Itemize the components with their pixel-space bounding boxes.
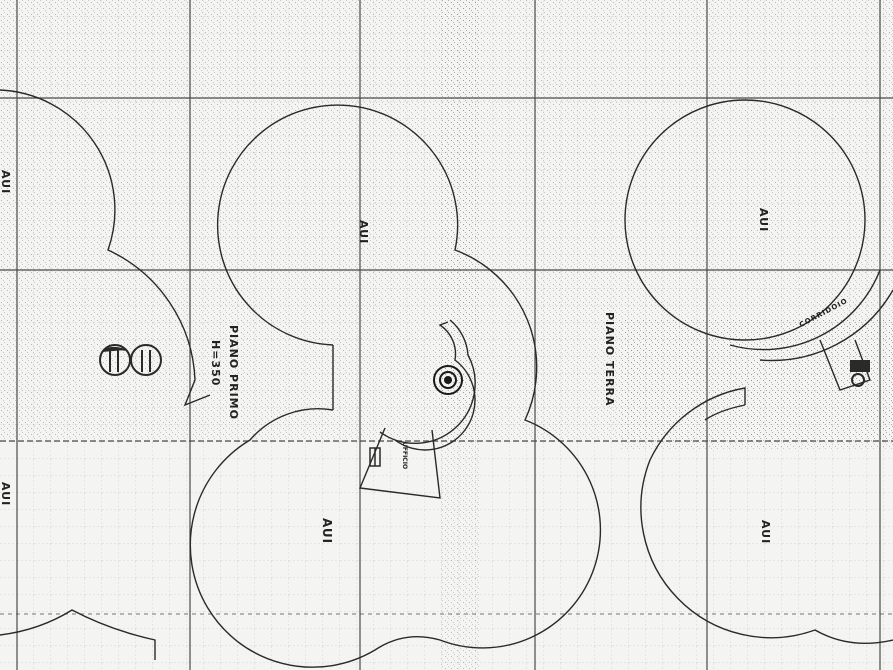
room-label-aula: AUI (0, 482, 12, 506)
floor-label-piano-primo: PIANO PRIMO (227, 325, 240, 420)
room-label-ufficio: UFFICIO (401, 442, 408, 469)
floor-plan-drawing (0, 0, 893, 670)
room-label-aula: AUI (759, 520, 772, 544)
room-label-aula: AUI (0, 170, 12, 194)
room-label-aula: AUI (320, 518, 334, 544)
height-note: H=350 (209, 340, 222, 386)
floor-label-piano-terra: PIANO TERRA (603, 312, 616, 407)
room-label-aula: AUI (757, 208, 770, 232)
room-label-aula: AUI (357, 220, 370, 244)
scan-noise-heavy (440, 0, 480, 670)
